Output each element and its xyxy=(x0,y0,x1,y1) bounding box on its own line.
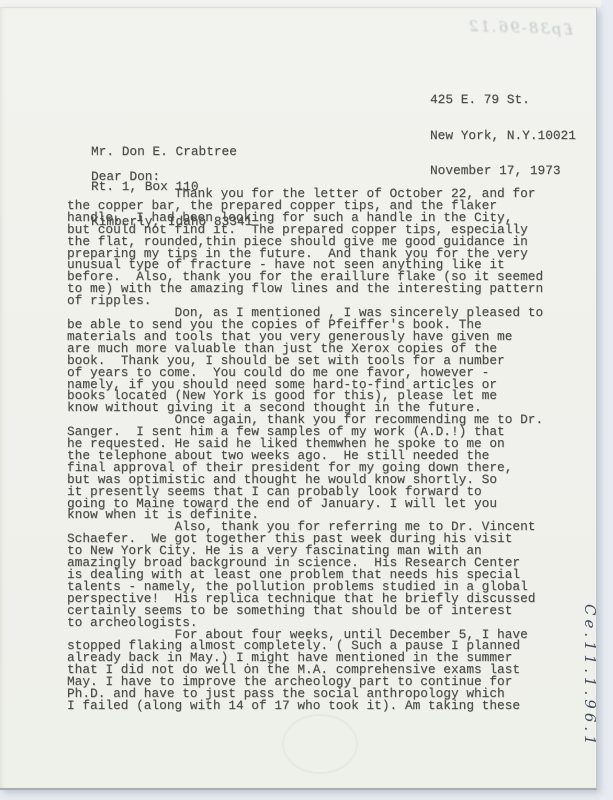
scan-top-edge xyxy=(0,0,601,7)
recipient-address-line: Mr. Don E. Crabtree xyxy=(91,146,252,158)
return-address-block: 425 E. 79 St. New York, N.Y.10021 Novemb… xyxy=(430,70,576,201)
return-address-line: New York, N.Y.10021 xyxy=(430,130,576,142)
paper-watermark xyxy=(282,714,358,774)
letter-body: Thank you for the letter of October 22, … xyxy=(67,188,543,712)
catalog-number: Ce.11.1.96.1 xyxy=(581,604,599,792)
letter-paper: £p38-96.12 425 E. 79 St. New York, N.Y.1… xyxy=(0,7,597,790)
scanned-letter-page: £p38-96.12 425 E. 79 St. New York, N.Y.1… xyxy=(0,0,613,800)
return-address-line: 425 E. 79 St. xyxy=(430,94,576,106)
salutation: Dear Don: xyxy=(91,171,160,183)
return-address-line: November 17, 1973 xyxy=(430,165,576,177)
bleed-through-mark: £p38-96.12 xyxy=(428,15,574,42)
